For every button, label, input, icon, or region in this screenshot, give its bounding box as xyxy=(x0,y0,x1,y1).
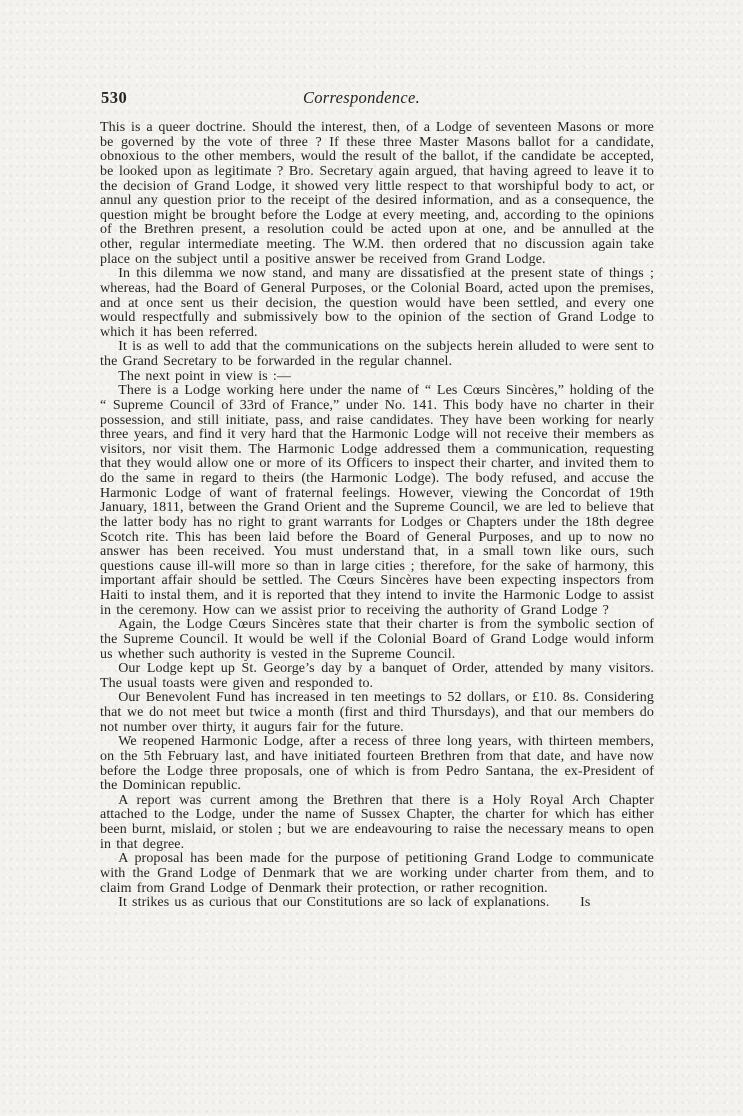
paragraph: The next point in view is :— xyxy=(100,370,654,385)
paragraph: Our Lodge kept up St. George’s day by a … xyxy=(100,662,654,691)
paragraph: In this dilemma we now stand, and many a… xyxy=(100,267,654,340)
article-body: This is a queer doctrine. Should the int… xyxy=(100,121,654,911)
paragraph: It strikes us as curious that our Consti… xyxy=(100,896,654,911)
paragraph: A report was current among the Brethren … xyxy=(100,794,654,853)
running-title: Correspondence. xyxy=(101,88,622,108)
paragraph: We reopened Harmonic Lodge, after a rece… xyxy=(100,735,654,794)
scanned-page: 530 Correspondence. This is a queer doct… xyxy=(0,0,743,1116)
paragraph: It is as well to add that the communicat… xyxy=(100,340,654,369)
paragraph: Again, the Lodge Cœurs Sincères state th… xyxy=(100,618,654,662)
paragraph: This is a queer doctrine. Should the int… xyxy=(100,121,654,267)
paragraph: A proposal has been made for the purpose… xyxy=(100,852,654,896)
paragraph: There is a Lodge working here under the … xyxy=(100,384,654,618)
catchword: Is xyxy=(580,895,590,910)
paragraph: Our Benevolent Fund has increased in ten… xyxy=(100,691,654,735)
running-head: 530 Correspondence. xyxy=(101,88,652,108)
paragraph-text: It strikes us as curious that our Consti… xyxy=(118,895,549,910)
